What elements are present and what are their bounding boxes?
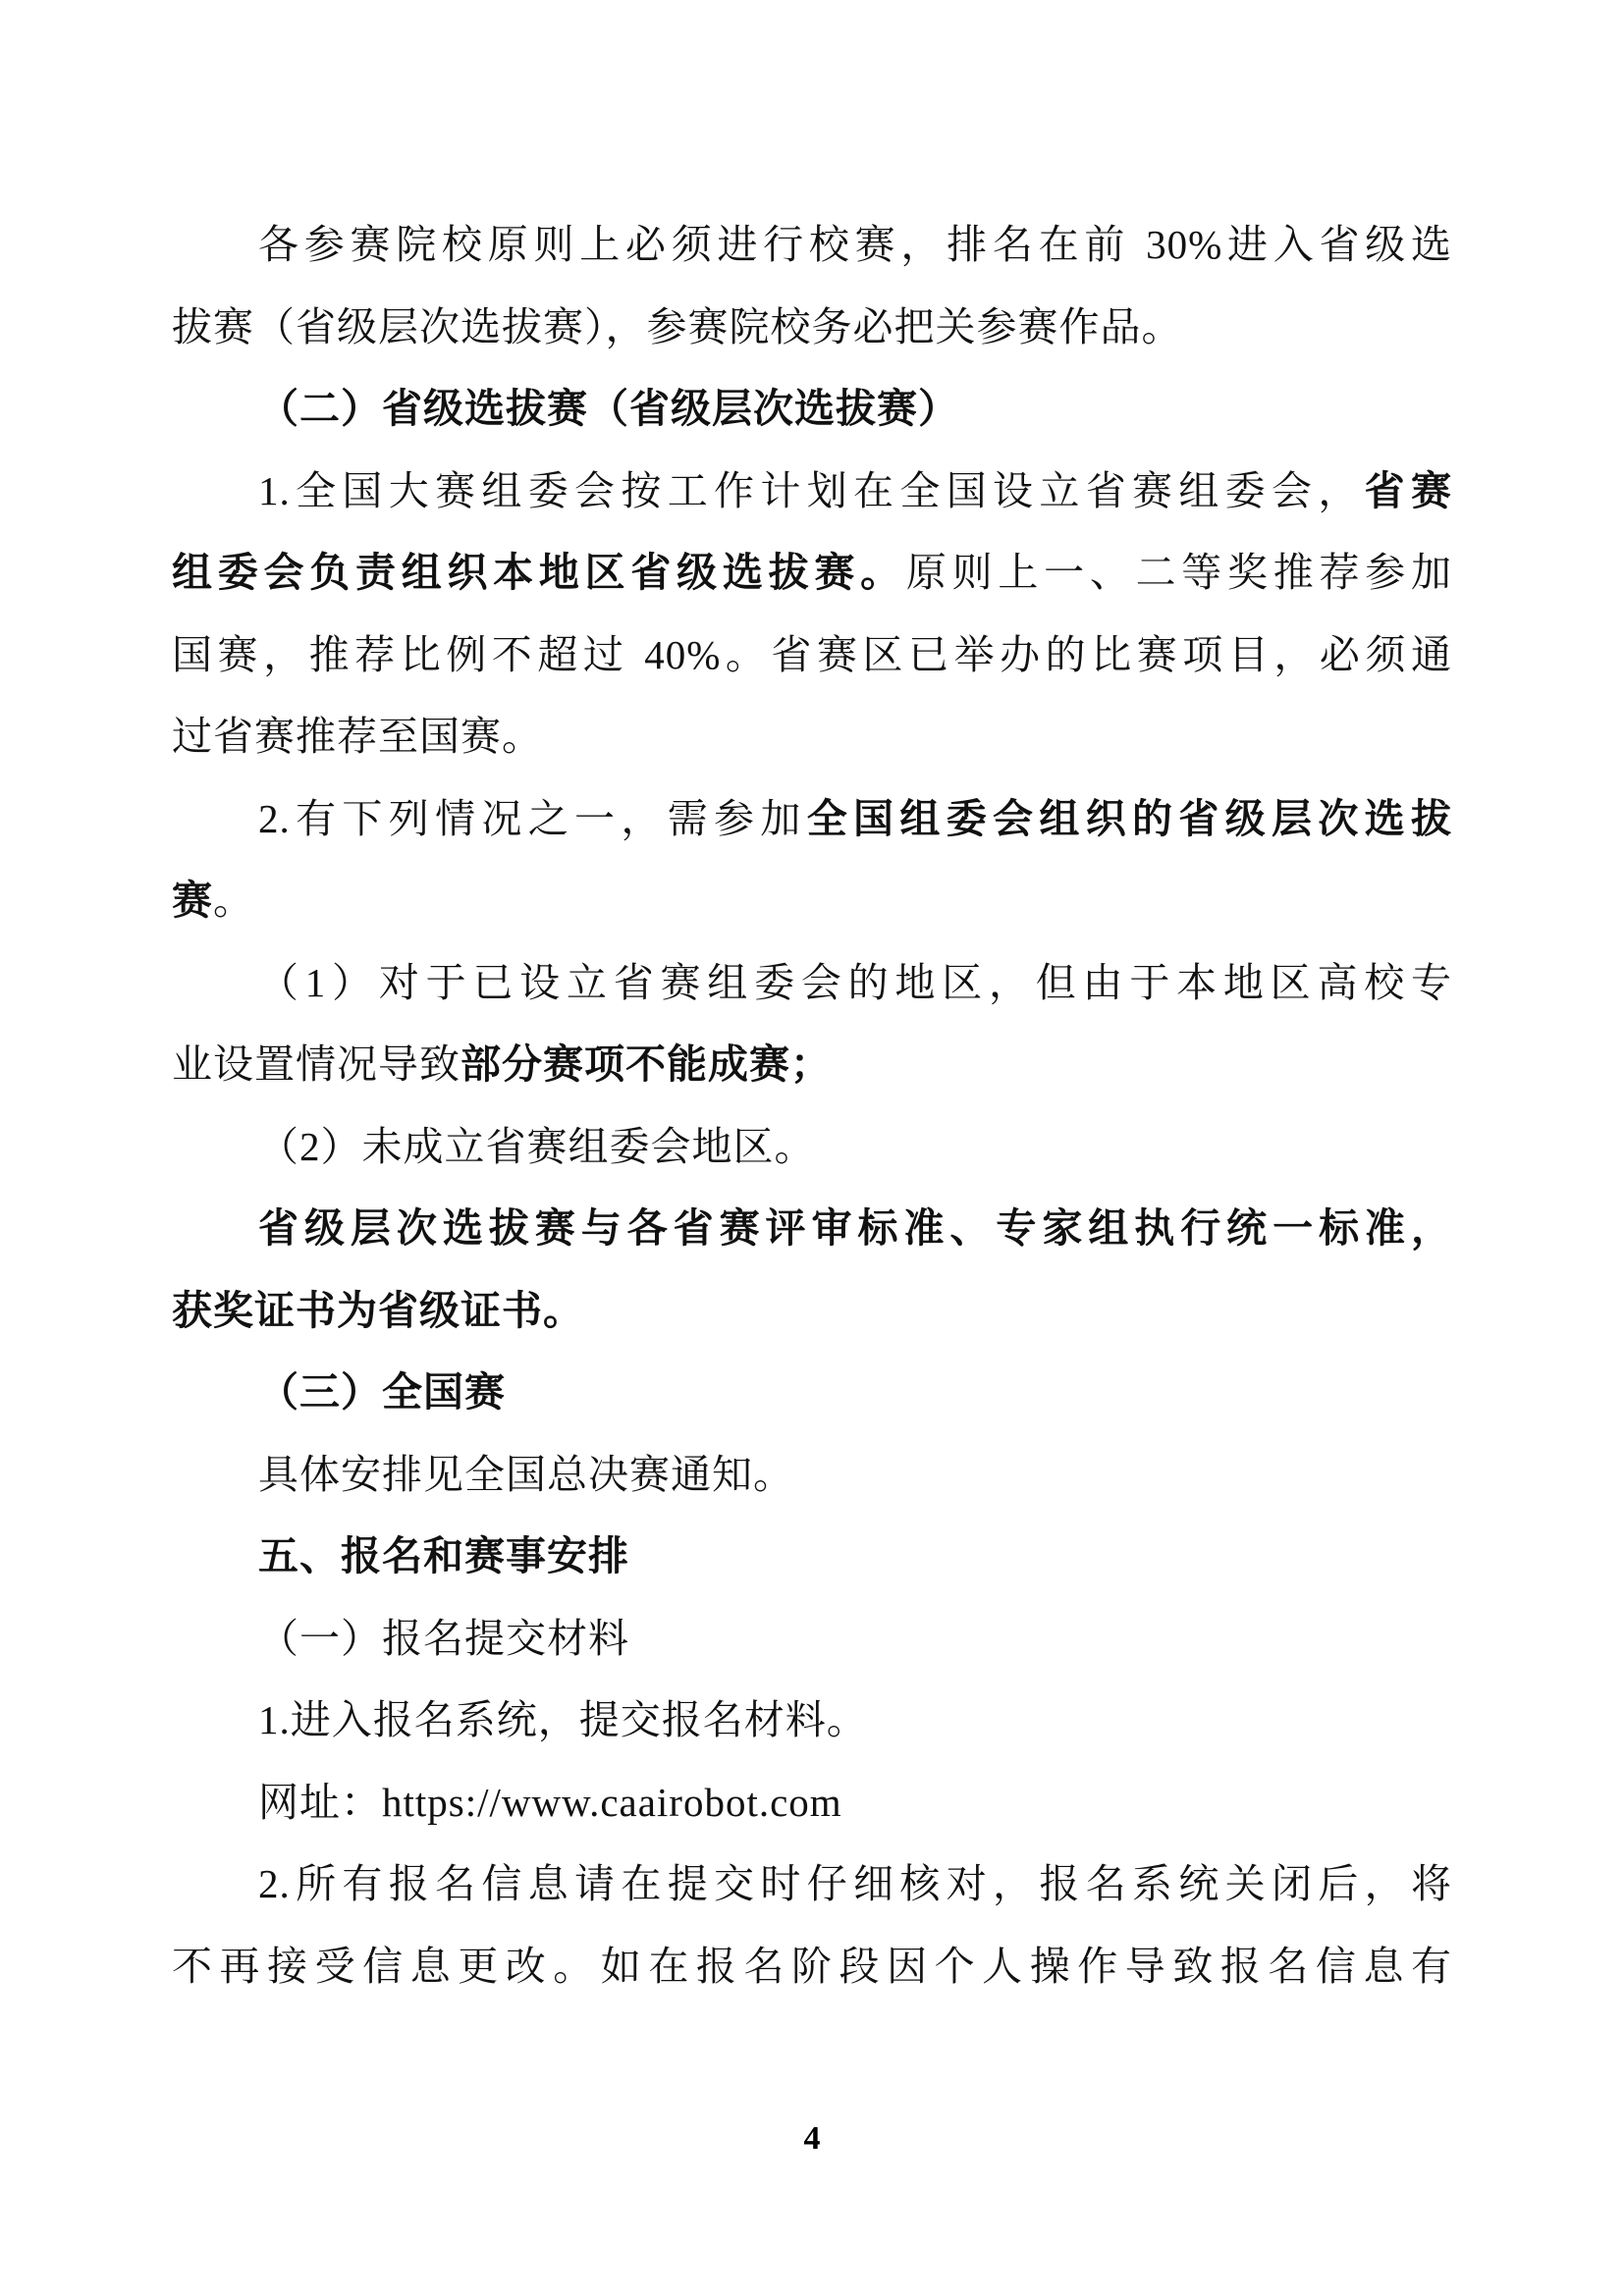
text-line: 五、报名和赛事安排 [172, 1516, 1452, 1598]
bold-text-segment: （三）全国赛 [258, 1369, 506, 1415]
text-segment: 业设置情况导致 [172, 1041, 460, 1087]
text-segment: （一）报名提交材料 [258, 1616, 629, 1661]
text-line: 网址：https://www.caairobot.com [172, 1762, 1452, 1844]
bold-text-segment: 省级层次选拔赛与各省赛评审标准、专家组执行统一标准， [258, 1205, 1452, 1251]
bold-text-segment: 组委会负责组织本地区省级选拔赛。 [172, 550, 906, 595]
text-line: 组委会负责组织本地区省级选拔赛。原则上一、二等奖推荐参加 [172, 532, 1452, 614]
text-segment: 1.全国大赛组委会按工作计划在全国设立省赛组委会， [258, 468, 1365, 513]
text-line: 业设置情况导致部分赛项不能成赛； [172, 1024, 1452, 1106]
bold-text-segment: （二）省级选拔赛（省级层次选拔赛） [258, 386, 959, 431]
text-line: 1.全国大赛组委会按工作计划在全国设立省赛组委会，省赛 [172, 451, 1452, 533]
text-line: 1.进入报名系统，提交报名材料。 [172, 1680, 1452, 1762]
text-line: 国赛，推荐比例不超过 40%。省赛区已举办的比赛项目，必须通 [172, 614, 1452, 697]
page-number: 4 [0, 2120, 1624, 2158]
text-segment: 原则上一、二等奖推荐参加 [906, 550, 1452, 595]
text-line: 省级层次选拔赛与各省赛评审标准、专家组执行统一标准， [172, 1188, 1452, 1270]
text-segment: 网址：https://www.caairobot.com [258, 1780, 842, 1825]
text-line: 拔赛（省级层次选拔赛），参赛院校务必把关参赛作品。 [172, 287, 1452, 369]
text-line: （二）省级选拔赛（省级层次选拔赛） [172, 368, 1452, 451]
text-segment: 各参赛院校原则上必须进行校赛，排名在前 30%进入省级选 [258, 222, 1452, 267]
bold-text-segment: 五、报名和赛事安排 [258, 1533, 629, 1578]
text-segment: 2.所有报名信息请在提交时仔细核对，报名系统关闭后，将 [258, 1861, 1452, 1906]
document-body: 各参赛院校原则上必须进行校赛，排名在前 30%进入省级选拔赛（省级层次选拔赛），… [172, 204, 1452, 2007]
text-segment: （2）未成立省赛组委会地区。 [258, 1124, 816, 1169]
document-page: 各参赛院校原则上必须进行校赛，排名在前 30%进入省级选拔赛（省级层次选拔赛），… [0, 0, 1624, 2296]
text-line: （一）报名提交材料 [172, 1598, 1452, 1681]
text-segment: 。 [213, 878, 254, 923]
bold-text-segment: 全国组委会组织的省级层次选拔 [807, 796, 1452, 841]
text-line: 具体安排见全国总决赛通知。 [172, 1434, 1452, 1517]
text-segment: 国赛，推荐比例不超过 40%。省赛区已举办的比赛项目，必须通 [172, 632, 1452, 677]
bold-text-segment: 赛 [172, 878, 213, 923]
text-line: （三）全国赛 [172, 1352, 1452, 1434]
text-line: 过省赛推荐至国赛。 [172, 696, 1452, 778]
text-line: （2）未成立省赛组委会地区。 [172, 1106, 1452, 1189]
bold-text-segment: 省赛 [1365, 468, 1452, 513]
text-line: （1）对于已设立省赛组委会的地区，但由于本地区高校专 [172, 942, 1452, 1025]
text-line: 2.有下列情况之一，需参加全国组委会组织的省级层次选拔 [172, 778, 1452, 861]
bold-text-segment: 部分赛项不能成赛； [460, 1041, 832, 1087]
text-segment: 不再接受信息更改。如在报名阶段因个人操作导致报名信息有 [172, 1944, 1452, 1989]
bold-text-segment: 获奖证书为省级证书。 [172, 1288, 584, 1333]
text-segment: 1.进入报名系统，提交报名材料。 [258, 1697, 868, 1742]
text-segment: 具体安排见全国总决赛通知。 [258, 1452, 794, 1497]
text-line: 各参赛院校原则上必须进行校赛，排名在前 30%进入省级选 [172, 204, 1452, 287]
text-segment: 拔赛（省级层次选拔赛），参赛院校务必把关参赛作品。 [172, 304, 1183, 349]
text-line: 赛。 [172, 860, 1452, 942]
text-segment: 2.有下列情况之一，需参加 [258, 796, 807, 841]
text-segment: （1）对于已设立省赛组委会的地区，但由于本地区高校专 [258, 960, 1452, 1005]
text-line: 获奖证书为省级证书。 [172, 1270, 1452, 1353]
text-line: 2.所有报名信息请在提交时仔细核对，报名系统关闭后，将 [172, 1843, 1452, 1926]
text-segment: 过省赛推荐至国赛。 [172, 714, 543, 759]
text-line: 不再接受信息更改。如在报名阶段因个人操作导致报名信息有 [172, 1926, 1452, 2008]
